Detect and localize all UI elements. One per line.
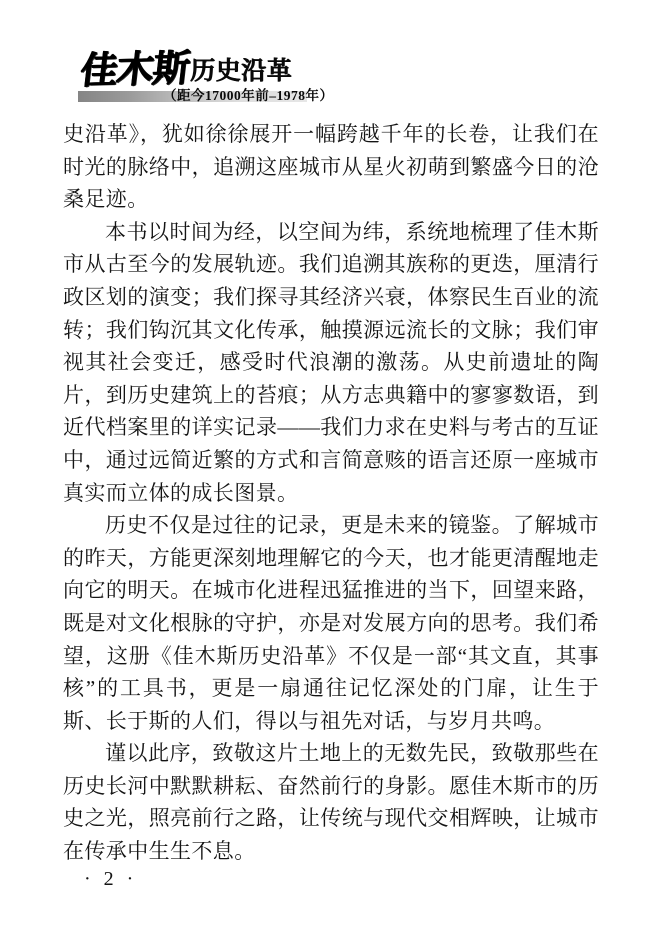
- main-title: 历史沿革: [190, 59, 292, 84]
- preface-text: 史沿革》，犹如徐徐展开一幅跨越千年的长卷，让我们在时光的脉络中，追溯这座城市从星…: [63, 118, 599, 868]
- paragraph: 谨以此序，致敬这片土地上的无数先民，致敬那些在历史长河中默默耕耘、奋然前行的身影…: [63, 737, 599, 867]
- paragraph: 历史不仅是过往的记录，更是未来的镜鉴。了解城市的昨天，方能更深刻地理解它的今天，…: [63, 509, 599, 737]
- book-page: 佳木斯 历史沿革 （距今17000年前–1978年） 史沿革》，犹如徐徐展开一幅…: [0, 0, 661, 944]
- paragraph-continuation: 史沿革》，犹如徐徐展开一幅跨越千年的长卷，让我们在时光的脉络中，追溯这座城市从星…: [63, 118, 599, 216]
- calligraphy-title: 佳木斯: [78, 47, 191, 90]
- page-number: · 2 ·: [84, 868, 137, 891]
- header-title-row: 佳木斯 历史沿革: [78, 50, 292, 90]
- date-range-subtitle: （距今17000年前–1978年）: [163, 88, 334, 104]
- paragraph: 本书以时间为经，以空间为纬，系统地梳理了佳木斯市从古至今的发展轨迹。我们追溯其族…: [63, 216, 599, 509]
- book-header-logo: 佳木斯 历史沿革 （距今17000年前–1978年）: [78, 50, 378, 110]
